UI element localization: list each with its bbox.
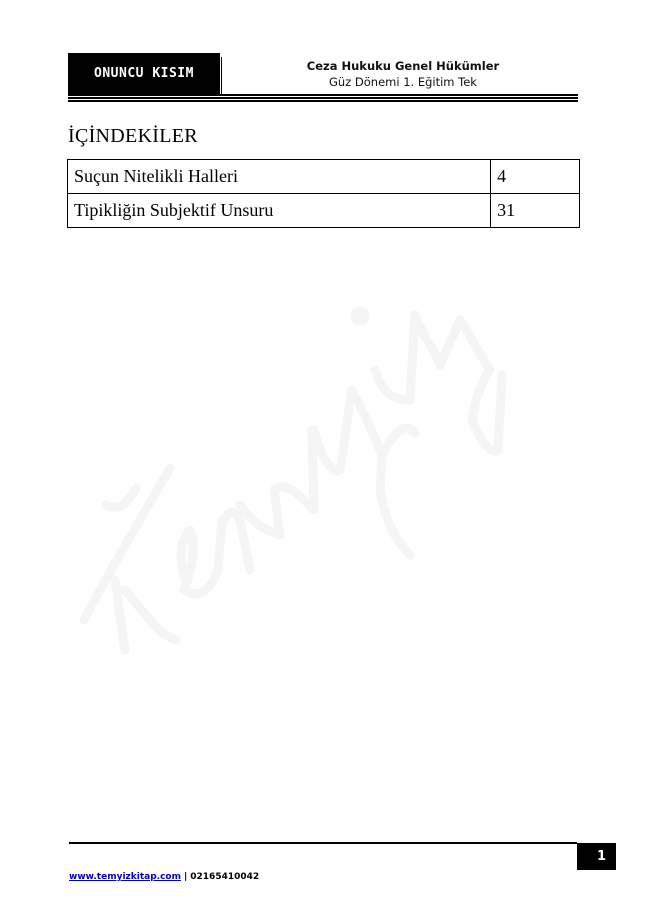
course-title: Ceza Hukuku Genel Hükümler <box>230 59 576 73</box>
watermark <box>70 290 530 660</box>
header-rule <box>68 94 578 96</box>
footer-separator: | <box>184 872 187 882</box>
toc-heading: İÇİNDEKİLER <box>68 125 198 148</box>
website-link[interactable]: www.temyizkitap.com <box>69 872 181 882</box>
course-subtitle: Güz Dönemi 1. Eğitim Tek <box>230 75 576 89</box>
temyiz-watermark-graphic <box>70 290 530 660</box>
header-rule <box>68 97 578 99</box>
footer-contact: www.temyizkitap.com|02165410042 <box>69 872 259 882</box>
toc-entry-title[interactable]: Suçun Nitelikli Halleri <box>68 160 491 194</box>
toc-table: Suçun Nitelikli Halleri 4 Tipikliğin Sub… <box>67 159 580 228</box>
toc-entry-page: 31 <box>491 194 580 228</box>
page-number: 1 <box>577 843 616 870</box>
toc-entry-page: 4 <box>491 160 580 194</box>
toc-entry-title[interactable]: Tipikliğin Subjektif Unsuru <box>68 194 491 228</box>
footer-rule <box>69 842 577 844</box>
section-label: ONUNCU KISIM <box>68 53 220 94</box>
header-rule <box>68 100 578 102</box>
phone-number: 02165410042 <box>190 872 259 882</box>
table-row[interactable]: Tipikliğin Subjektif Unsuru 31 <box>68 194 580 228</box>
section-label-box-edge <box>221 57 222 94</box>
table-row[interactable]: Suçun Nitelikli Halleri 4 <box>68 160 580 194</box>
